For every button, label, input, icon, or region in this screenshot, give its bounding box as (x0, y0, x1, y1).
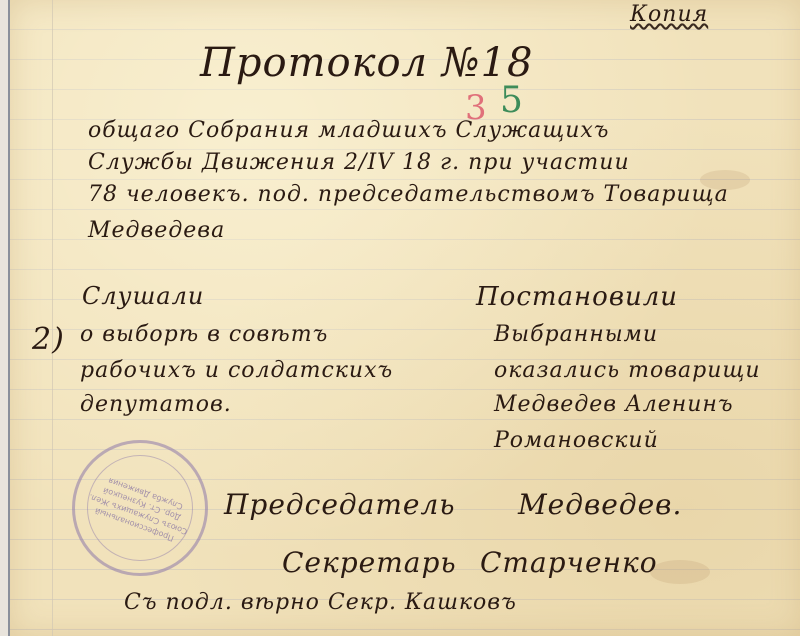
document-title: Протокол №18 (200, 40, 533, 86)
resolved-label: Постановили (476, 282, 678, 312)
certification-line: Съ подл. вѣрно Секр. Кашковъ (124, 590, 517, 615)
margin-line (52, 0, 53, 636)
heard-line: о выборѣ в совѣтъ (80, 322, 328, 347)
copy-mark: Копия (630, 2, 708, 27)
heard-line: депутатов. (80, 392, 232, 417)
official-stamp: Профессиональный Союзъ Служащихъ Жел. До… (72, 440, 208, 576)
document-page: Копия Протокол №18 3 5 общаго Собрания м… (8, 0, 800, 636)
intro-line: Службы Движения 2/IV 18 г. при участии (88, 150, 630, 175)
resolved-line: Выбранными (494, 322, 658, 347)
resolved-line: Романовский (494, 428, 659, 453)
agenda-item-number: 2) (32, 322, 65, 357)
secretary-signature: Старченко (480, 546, 658, 579)
stain (650, 560, 710, 584)
chairman-signature: Медведев. (518, 488, 682, 521)
intro-line: общаго Собрания младшихъ Служащихъ (88, 118, 609, 143)
intro-line: Медведева (88, 218, 225, 243)
secretary-label: Секретарь (282, 546, 457, 579)
archive-number-green: 5 (500, 80, 524, 121)
chairman-label: Председатель (224, 488, 456, 521)
resolved-line: Медведев Аленинъ (494, 392, 734, 417)
heard-label: Слушали (82, 282, 204, 310)
heard-line: рабочихъ и солдатскихъ (80, 358, 393, 383)
resolved-line: оказались товарищи (494, 358, 761, 383)
intro-line: 78 человекъ. под. председательствомъ Тов… (88, 182, 729, 207)
